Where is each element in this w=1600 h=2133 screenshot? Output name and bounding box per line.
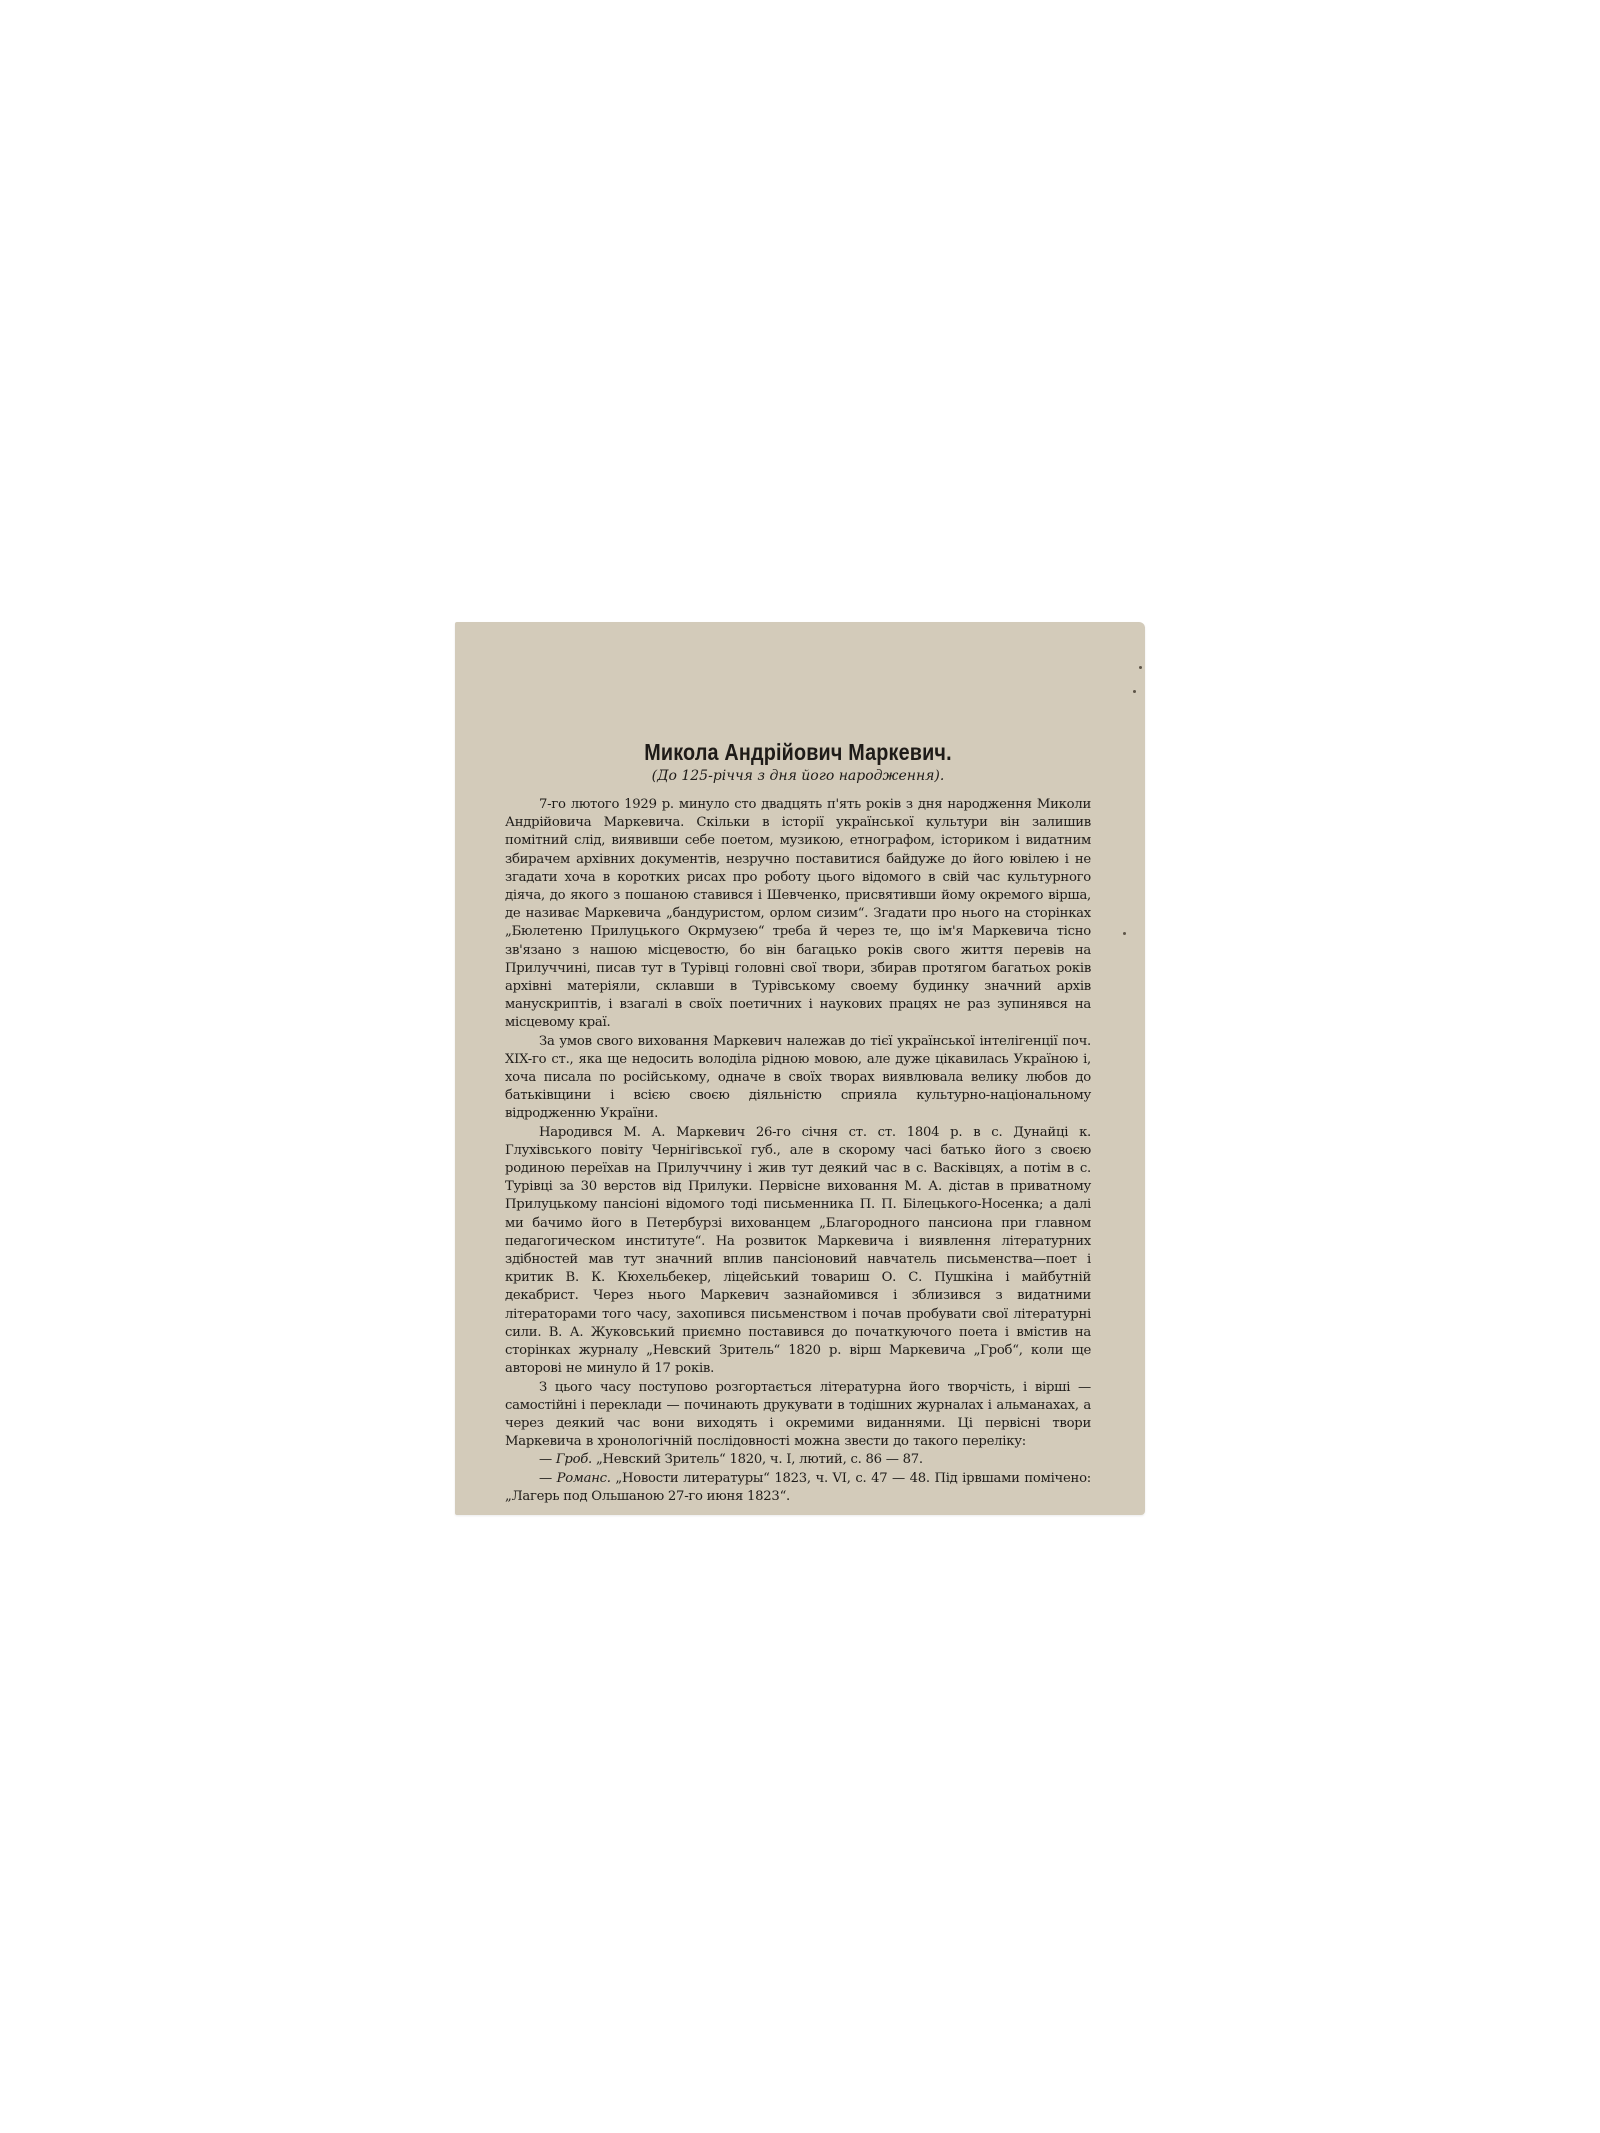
paragraph: З цього часу поступово розгортається літ… xyxy=(505,1379,1091,1452)
work-citation: „Невский Зритель“ 1820, ч. I, лютий, с. … xyxy=(592,1452,923,1467)
bibliography-item: — Гроб. „Невский Зритель“ 1820, ч. I, лю… xyxy=(505,1451,1091,1469)
work-title: Гроб. xyxy=(556,1452,592,1467)
paper-speck xyxy=(1139,666,1142,669)
list-dash: — xyxy=(539,1471,557,1486)
paper-speck xyxy=(1123,932,1126,935)
list-dash: — xyxy=(539,1452,556,1467)
paragraph: Народився М. А. Маркевич 26-го січня ст.… xyxy=(505,1124,1091,1379)
article-title: Микола Андрійович Маркевич. xyxy=(546,738,1050,766)
article-subtitle: (До 125-річчя з дня його народження). xyxy=(505,766,1091,786)
article: Микола Андрійович Маркевич. (До 125-річч… xyxy=(505,738,1091,1506)
paragraph: 7-го лютого 1929 р. минуло сто двадцять … xyxy=(505,796,1091,1033)
paper-speck xyxy=(1133,690,1136,693)
bibliography-item: — Романс. „Новости литературы“ 1823, ч. … xyxy=(505,1470,1091,1506)
paragraph: За умов свого виховання Маркевич належав… xyxy=(505,1033,1091,1124)
document-page: Микола Андрійович Маркевич. (До 125-річч… xyxy=(455,622,1145,1515)
work-title: Романс. xyxy=(557,1471,611,1486)
